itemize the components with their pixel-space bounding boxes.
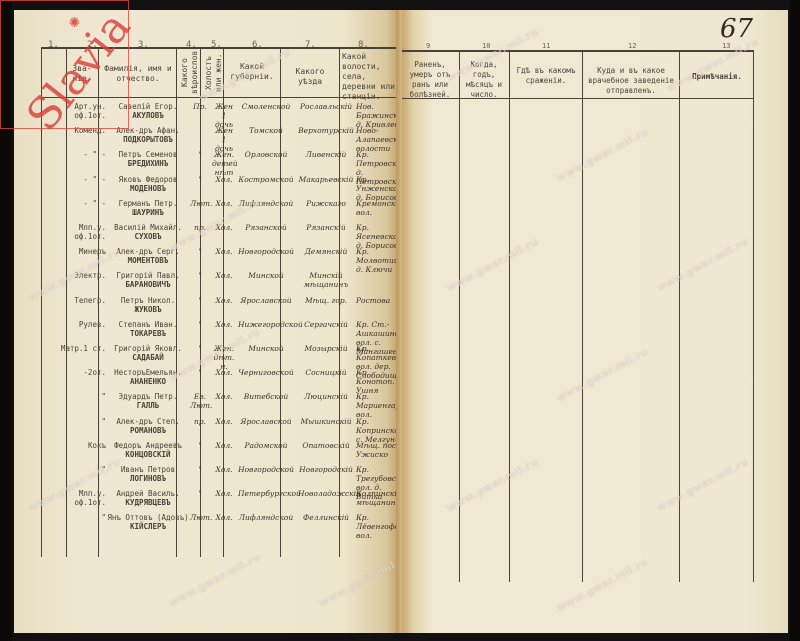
rank-cell: ": [56, 392, 106, 401]
religion-cell: пр.: [190, 417, 210, 426]
header-uezd: Какого уѣзда: [282, 67, 338, 87]
name-cell: Петръ Никол. ЖУКОВЪ: [106, 296, 190, 314]
given-name: Степанъ Иван.: [106, 320, 190, 329]
uezd-cell: Сосницкій: [298, 368, 354, 377]
table-row: -2от. НесторъЕмельян. АНАНЕНКО " Хол. Че…: [14, 368, 402, 392]
table-row: Млп.у. оф.1от. Андрей Василь. КУДРЯВЦЕВЪ…: [14, 489, 402, 513]
table-top-rule: [402, 50, 754, 52]
watermark: www.gwar.mil.ru: [555, 127, 650, 185]
header-religion: Какого вѣроиспов.: [180, 52, 200, 94]
surname: ПОДКОРЫТОВЪ: [106, 135, 190, 144]
name-cell: Иванъ Петров ЛОГИНОВЪ: [106, 465, 190, 483]
column-rule: [679, 50, 680, 582]
religion-cell: Пр.: [190, 102, 210, 111]
header-notes: Примѣчанія.: [682, 72, 752, 82]
column-number: 9: [426, 42, 430, 50]
surname: МОМЕНТОВЪ: [106, 256, 190, 265]
uezd-cell: Новгородскій: [298, 465, 354, 474]
marital-cell: Хол.: [212, 271, 236, 280]
table-row: " Эдуардъ Петр. ГАЛЛЬ Ев. Лют. Хол. Вите…: [14, 392, 402, 416]
rank-cell: Млп.у. оф.1от.: [56, 223, 106, 241]
marital-cell: Хол.: [212, 465, 236, 474]
gubernia-cell: Рязанской: [238, 223, 294, 232]
name-cell: Яковъ Федоров МОДЕНОВЪ: [106, 175, 190, 193]
rank-cell: - " -: [56, 150, 106, 159]
surname: МОДЕНОВЪ: [106, 184, 190, 193]
religion-cell: Ев. Лют.: [190, 392, 210, 410]
uezd-cell: Рославльскій: [298, 102, 354, 111]
given-name: Эдуардъ Петр.: [106, 392, 190, 401]
religion-cell: ": [190, 247, 210, 256]
given-name: Алек-дръ Степ.: [106, 417, 190, 426]
table-row: Минеръ Алек-дръ Серг. МОМЕНТОВЪ " Хол. Н…: [14, 247, 402, 271]
gubernia-cell: Витебской: [238, 392, 294, 401]
surname: БРЕДИХИНЪ: [106, 159, 190, 168]
gubernia-cell: Новгородской: [238, 247, 294, 256]
given-name: НесторъЕмельян.: [106, 368, 190, 377]
surname: СУХОВЪ: [106, 232, 190, 241]
watermark: www.gwar.mil.ru: [555, 557, 650, 615]
rank-cell: Кокъ: [56, 441, 106, 450]
name-cell: Эдуардъ Петр. ГАЛЛЬ: [106, 392, 190, 410]
religion-cell: Лют.: [190, 199, 210, 208]
rank-cell: ": [56, 465, 106, 474]
table-row: Матр.1 ст. Григорій Яковл. САДАБАЙ " Жен…: [14, 344, 402, 368]
name-cell: НесторъЕмельян. АНАНЕНКО: [106, 368, 190, 386]
rank-cell: Минеръ: [56, 247, 106, 256]
marital-cell: Хол.: [212, 320, 236, 329]
gubernia-cell: Ярославской: [238, 296, 294, 305]
marital-cell: Жен 1 дочь: [212, 102, 236, 129]
given-name: Григорій Яковл.: [106, 344, 190, 353]
table-row: Кокъ Федоръ Андреевъ КОНЦОВСКІЙ " Хол. Р…: [14, 441, 402, 465]
uezd-cell: Люцинскій: [298, 392, 354, 401]
surname: КУДРЯВЦЕВЪ: [106, 498, 190, 507]
religion-cell: ": [190, 175, 210, 184]
table-row: Коменд. Алек-дръ Афан. ПОДКОРЫТОВЪ Жен 1…: [14, 126, 402, 150]
marital-cell: Хол.: [212, 223, 236, 232]
column-rule: [459, 50, 460, 582]
column-rule: [582, 50, 583, 582]
rank-cell: Телегр.: [56, 296, 106, 305]
rank-cell: - " -: [56, 199, 106, 208]
given-name: Германъ Петр.: [106, 199, 190, 208]
uezd-cell: Мѣщ. гор.: [298, 296, 354, 305]
header-date: Когда, годъ, мѣсяцъ и число.: [460, 60, 508, 100]
uezd-cell: Макарьевскій: [298, 175, 354, 184]
gubernia-cell: Минской: [238, 344, 294, 353]
marital-cell: Хол.: [212, 441, 236, 450]
header-battle: Гдѣ въ какомъ сраженіи.: [514, 66, 578, 86]
name-cell: Алек-дръ Степ. РОМАНОВЪ: [106, 417, 190, 435]
scan-right-border: [790, 0, 800, 641]
uezd-cell: Сергачскій: [298, 320, 354, 329]
header-gubernia: Какой губерніи.: [226, 62, 278, 82]
name-cell: Андрей Василь. КУДРЯВЦЕВЪ: [106, 489, 190, 507]
surname: РОМАНОВЪ: [106, 426, 190, 435]
surname: ТОКАРЕВЪ: [106, 329, 190, 338]
marital-cell: Хол.: [212, 513, 236, 522]
right-page: 9 10 11 12 13 Раненъ, умеръ отъ ранъ или…: [402, 10, 788, 633]
marital-cell: Хол.: [212, 489, 236, 498]
gubernia-cell: Радомской: [238, 441, 294, 450]
rank-cell: Электр.: [56, 271, 106, 280]
uezd-cell: Рязанскій: [298, 223, 354, 232]
marital-cell: Хол.: [212, 392, 236, 401]
watermark: www.gwar.mil.ru: [167, 552, 262, 610]
surname: КІЙСЛЕРЪ: [106, 522, 190, 531]
given-name: Петръ Семенов: [106, 150, 190, 159]
table-row: " Янъ Оттовъ (Адовъ) КІЙСЛЕРЪ Лют. Хол. …: [14, 513, 402, 537]
name-cell: Григорій Павл. БАРАНОВИЧЪ: [106, 271, 190, 289]
rank-cell: - " -: [56, 175, 106, 184]
given-name: Андрей Василь.: [106, 489, 190, 498]
uezd-cell: Новоладожскій: [298, 489, 354, 498]
religion-cell: ": [190, 271, 210, 280]
religion-cell: ": [190, 150, 210, 159]
gubernia-cell: Лифляндской: [238, 513, 294, 522]
uezd-cell: Опатовскій: [298, 441, 354, 450]
marital-cell: Жен. детей нѣт: [212, 150, 236, 177]
surname: БАРАНОВИЧЪ: [106, 280, 190, 289]
rank-cell: ": [56, 513, 106, 522]
religion-cell: ": [190, 344, 210, 353]
column-number: 11: [542, 42, 550, 50]
uezd-cell: Верхотурскій: [298, 126, 354, 135]
rank-cell: Матр.1 ст.: [56, 344, 106, 353]
uezd-cell: Феллинскій: [298, 513, 354, 522]
given-name: Василій Михайл.: [106, 223, 190, 232]
religion-cell: ": [190, 368, 210, 377]
column-rule: [753, 50, 754, 582]
column-rule: [509, 50, 510, 582]
table-row: Телегр. Петръ Никол. ЖУКОВЪ " Хол. Яросл…: [14, 296, 402, 320]
slavia-logo: ✺ Slavia: [0, 0, 129, 129]
gubernia-cell: Минской: [238, 271, 294, 280]
folio-number: 67: [720, 14, 753, 44]
gubernia-cell: Черниговской: [238, 368, 294, 377]
given-name: Иванъ Петров: [106, 465, 190, 474]
given-name: Петръ Никол.: [106, 296, 190, 305]
name-cell: Петръ Семенов БРЕДИХИНЪ: [106, 150, 190, 168]
marital-cell: Хол.: [212, 368, 236, 377]
marital-cell: Хол.: [212, 199, 236, 208]
name-cell: Янъ Оттовъ (Адовъ) КІЙСЛЕРЪ: [106, 513, 190, 531]
surname: АНАНЕНКО: [106, 377, 190, 386]
rank-cell: -2от.: [56, 368, 106, 377]
religion-cell: ": [190, 296, 210, 305]
marital-cell: Хол.: [212, 296, 236, 305]
column-number: 10: [482, 42, 490, 50]
gubernia-cell: Петербургской: [238, 489, 294, 498]
religion-cell: ": [190, 320, 210, 329]
religion-cell: Лют.: [190, 513, 210, 522]
header-hospital: Куда и въ какое врачебное заведеніе отпр…: [584, 66, 678, 96]
uezd-cell: Ливенскій: [298, 150, 354, 159]
table-row: Электр. Григорій Павл. БАРАНОВИЧЪ " Хол.…: [14, 271, 402, 295]
surname: КОНЦОВСКІЙ: [106, 450, 190, 459]
uezd-cell: Рижскаго: [298, 199, 354, 208]
rank-cell: Млп.у. оф.1от.: [56, 489, 106, 507]
column-number: 12: [628, 42, 636, 50]
gubernia-cell: Ярославской: [238, 417, 294, 426]
gubernia-cell: Новгородской: [238, 465, 294, 474]
table-row: - " - Германъ Петр. ШАУРИНЪ Лют. Хол. Ли…: [14, 199, 402, 223]
surname: ЖУКОВЪ: [106, 305, 190, 314]
table-row: " Алек-дръ Степ. РОМАНОВЪ пр. Хол. Яросл…: [14, 417, 402, 441]
given-name: Григорій Павл.: [106, 271, 190, 280]
religion-cell: ": [190, 441, 210, 450]
uezd-cell: Мышкинскій: [298, 417, 354, 426]
surname: ЛОГИНОВЪ: [106, 474, 190, 483]
marital-cell: Хол.: [212, 417, 236, 426]
given-name: Алек-дръ Серг.: [106, 247, 190, 256]
table-row: " Иванъ Петров ЛОГИНОВЪ " Хол. Новгородс…: [14, 465, 402, 489]
uezd-cell: Мозырскій: [298, 344, 354, 353]
header-wounded-killed: Раненъ, умеръ отъ ранъ или болѣзней.: [402, 60, 458, 100]
marital-cell: Хол.: [212, 175, 236, 184]
name-cell: Федоръ Андреевъ КОНЦОВСКІЙ: [106, 441, 190, 459]
marital-cell: Жен 1 дочь: [212, 126, 236, 153]
name-cell: Алек-дръ Серг. МОМЕНТОВЪ: [106, 247, 190, 265]
uezd-cell: Демянскій: [298, 247, 354, 256]
gubernia-cell: Костромской: [238, 175, 294, 184]
given-name: Яковъ Федоров: [106, 175, 190, 184]
marital-cell: Хол.: [212, 247, 236, 256]
rank-cell: Рулев.: [56, 320, 106, 329]
gubernia-cell: Орловской: [238, 150, 294, 159]
surname: САДАБАЙ: [106, 353, 190, 362]
name-cell: Германъ Петр. ШАУРИНЪ: [106, 199, 190, 217]
name-cell: Степанъ Иван. ТОКАРЕВЪ: [106, 320, 190, 338]
table-row: Рулев. Степанъ Иван. ТОКАРЕВЪ " Хол. Ниж…: [14, 320, 402, 344]
marital-cell: Жен. дѣт. н.: [212, 344, 236, 371]
given-name: Янъ Оттовъ (Адовъ): [106, 513, 190, 522]
header-volost: Какой волости, села, деревни или станціи…: [342, 52, 400, 102]
gubernia-cell: Лифляндской: [238, 199, 294, 208]
surname: ГАЛЛЬ: [106, 401, 190, 410]
table-row: - " - Петръ Семенов БРЕДИХИНЪ " Жен. дет…: [14, 150, 402, 174]
surname: ШАУРИНЪ: [106, 208, 190, 217]
watermark: www.gwar.mil.ru: [655, 237, 750, 295]
religion-cell: ": [190, 489, 210, 498]
header-marital-status: Холостъ или жен.: [204, 52, 224, 94]
watermark: www.gwar.mil.ru: [655, 457, 750, 515]
uezd-cell: Минскій мѣщанинъ: [298, 271, 354, 289]
watermark: www.gwar.mil.ru: [555, 347, 650, 405]
gubernia-cell: Смоленской: [238, 102, 294, 111]
name-cell: Василій Михайл. СУХОВЪ: [106, 223, 190, 241]
table-row: - " - Яковъ Федоров МОДЕНОВЪ " Хол. Кост…: [14, 175, 402, 199]
given-name: Федоръ Андреевъ: [106, 441, 190, 450]
table-row: Млп.у. оф.1от. Василій Михайл. СУХОВЪ пр…: [14, 223, 402, 247]
name-cell: Григорій Яковл. САДАБАЙ: [106, 344, 190, 362]
gubernia-cell: Томской: [238, 126, 294, 135]
rank-cell: ": [56, 417, 106, 426]
gubernia-cell: Нижегородской: [238, 320, 294, 329]
religion-cell: пр.: [190, 223, 210, 232]
religion-cell: ": [190, 465, 210, 474]
